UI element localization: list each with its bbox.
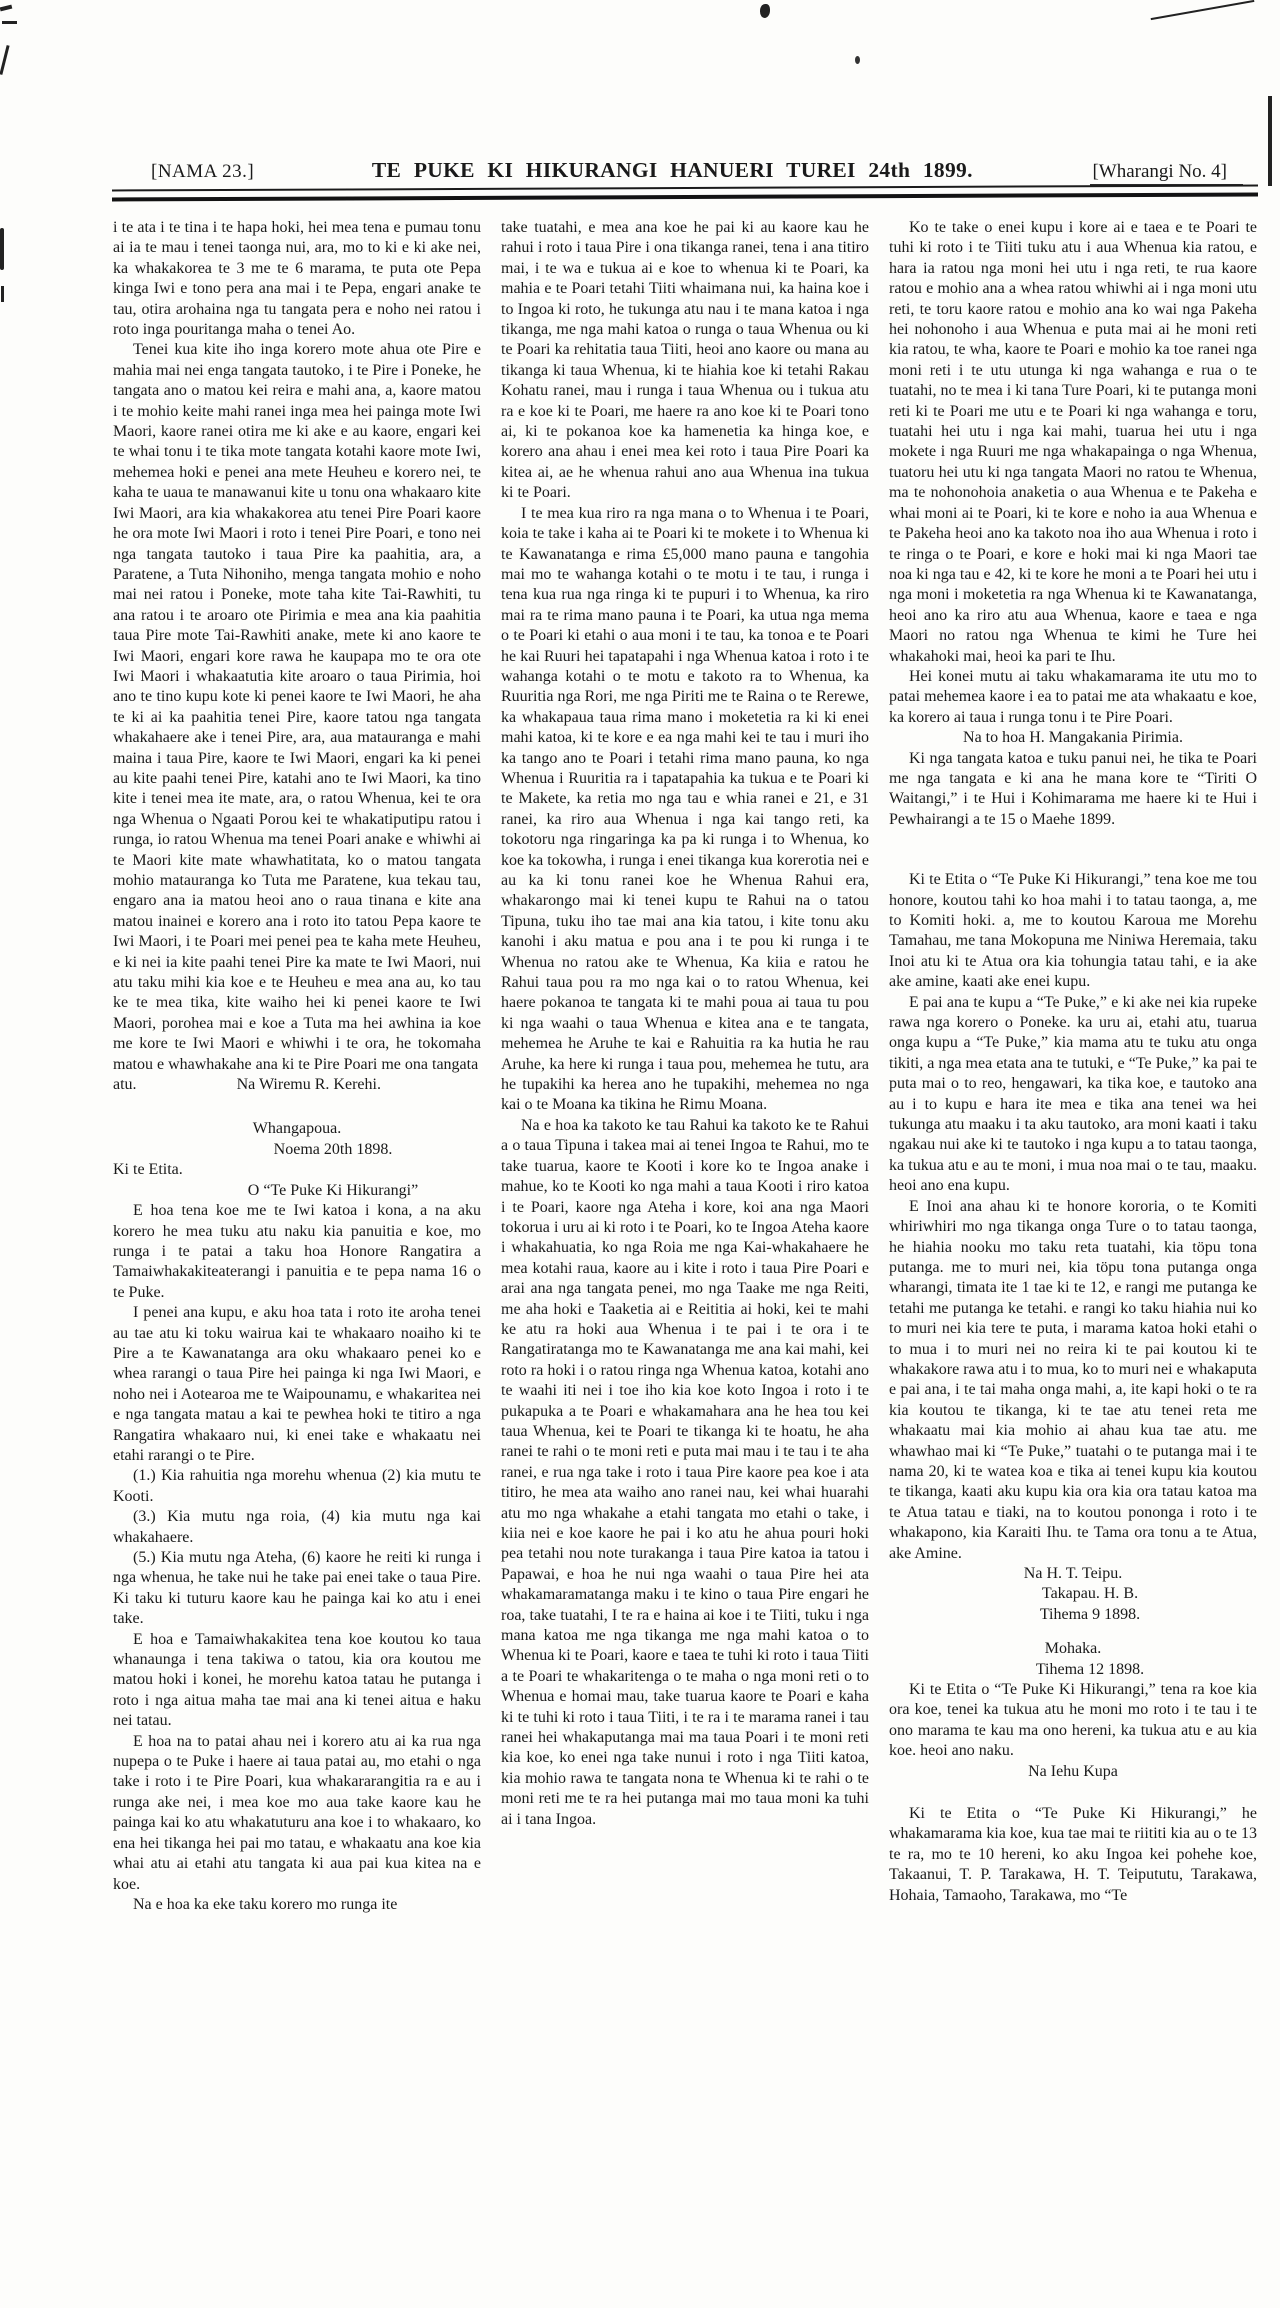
paragraph: Na e hoa ka takoto ke tau Rahui ka takot… [501, 1116, 869, 1830]
letter-date: Noema 20th 1898. [113, 1140, 481, 1160]
paragraph: Hei konei mutu ai taku whakamarama ite u… [889, 667, 1257, 728]
paragraph: Ki te Etita o “Te Puke Ki Hikurangi,” te… [889, 1680, 1257, 1762]
page-number: [Wharangi No. 4] [1090, 161, 1243, 186]
paragraph: i te ata i te tina i te hapa hoki, hei m… [113, 218, 481, 340]
scan-artifact [1151, 0, 1255, 20]
paragraph: Ki nga tangata katoa e tuku panui nei, h… [889, 749, 1257, 831]
spacer [889, 1782, 1257, 1804]
paragraph: I penei ana kupu, e aku hoa tata i roto … [113, 1303, 481, 1466]
scan-artifact [0, 5, 12, 12]
scan-artifact [0, 45, 10, 75]
paragraph: Ki te Etita o “Te Puke Ki Hikurangi,” te… [889, 870, 1257, 992]
scan-artifact [760, 4, 770, 18]
paragraph: Na e hoa ka eke taku korero mo runga ite [113, 1895, 481, 1915]
letter-salutation: Ki te Etita. [113, 1160, 481, 1180]
letter-place: Whangapoua. [113, 1119, 481, 1139]
scan-artifact [1268, 96, 1272, 186]
letter-addressee: O “Te Puke Ki Hikurangi” [113, 1181, 481, 1201]
letter-date: Tihema 12 1898. [889, 1660, 1257, 1680]
scan-artifact [0, 228, 4, 270]
masthead-rule-thick [112, 192, 1258, 201]
paragraph: E hoa tena koe me te Iwi katoa i kona, a… [113, 1201, 481, 1303]
paragraph: E pai ana te kupu a “Te Puke,” e ki ake … [889, 993, 1257, 1197]
scan-artifact [1, 286, 4, 302]
paragraph: Ko te take o enei kupu i kore ai e taea … [889, 218, 1257, 667]
signature: Na Wiremu R. Kerehi. [137, 1075, 481, 1095]
issue-number: [NAMA 23.] [151, 161, 254, 183]
list-item: (1.) Kia rahuitia nga morehu whenua (2) … [113, 1466, 481, 1507]
paragraph: E hoa e Tamaiwhakakitea tena koe koutou … [113, 1630, 481, 1732]
spacer [889, 1625, 1257, 1639]
list-item: (5.) Kia mutu nga Ateha, (6) kaore he re… [113, 1548, 481, 1630]
letter-date: Tihema 9 1898. [889, 1605, 1257, 1625]
spacer [889, 830, 1257, 870]
spacer [113, 1095, 481, 1119]
paragraph-end: atu. [113, 1075, 137, 1095]
masthead: [NAMA 23.] TE PUKE KI HIKURANGI HANUERI … [113, 158, 1259, 186]
column-3: Ko te take o enei kupu i kore ai e taea … [889, 218, 1257, 1915]
paragraph: E Inoi ana ahau ki te honore kororia, o … [889, 1197, 1257, 1564]
signature: Na Iehu Kupa [889, 1762, 1257, 1782]
paragraph: Tenei kua kite iho inga korero mote ahua… [113, 340, 481, 1075]
paragraph: Ki te Etita o “Te Puke Ki Hikurangi,” he… [889, 1804, 1257, 1906]
scan-artifact [855, 56, 860, 64]
paragraph: take tuatahi, e mea ana koe he pai ki au… [501, 218, 869, 504]
letter-place: Mohaka. [889, 1639, 1257, 1659]
newspaper-title: TE PUKE KI HIKURANGI HANUERI TUREI 24th … [254, 158, 1090, 183]
column-1: i te ata i te tina i te hapa hoki, hei m… [113, 218, 481, 1915]
scan-artifact [2, 21, 17, 24]
signature: Na to hoa H. Mangakania Pirimia. [889, 728, 1257, 748]
letter-place: Takapau. H. B. [889, 1584, 1257, 1604]
column-2: take tuatahi, e mea ana koe he pai ki au… [501, 218, 869, 1915]
signature: Na H. T. Teipu. [889, 1564, 1257, 1584]
paragraph: E hoa na to patai ahau nei i korero atu … [113, 1732, 481, 1895]
article-columns: i te ata i te tina i te hapa hoki, hei m… [113, 218, 1257, 1915]
list-item: (3.) Kia mutu nga roia, (4) kia mutu nga… [113, 1507, 481, 1548]
paragraph: I te mea kua riro ra nga mana o to Whenu… [501, 504, 869, 1116]
signature-line: atu.Na Wiremu R. Kerehi. [113, 1075, 481, 1095]
newspaper-page: [NAMA 23.] TE PUKE KI HIKURANGI HANUERI … [0, 0, 1280, 2308]
